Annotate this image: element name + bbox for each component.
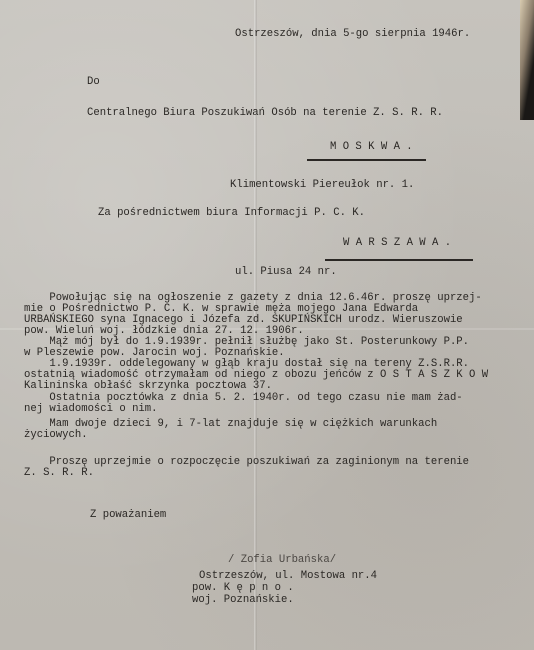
- sender-address-line-3: woj. Poznańskie.: [192, 595, 294, 607]
- via-street: ul. Piusa 24 nr.: [235, 267, 337, 279]
- body-line: życiowych.: [24, 430, 88, 442]
- salutation: Z poważaniem: [90, 510, 166, 522]
- via-institution: Za pośrednictwem biura Informacji P. C. …: [98, 208, 365, 220]
- body-line: nej wiadomości o nim.: [24, 404, 158, 416]
- request-line: Z. S. R. R.: [24, 468, 94, 480]
- sender-address-line-2: pow. K ę p n o .: [192, 583, 294, 595]
- via-city: W A R S Z A W A .: [343, 238, 451, 250]
- addressee-to: Do: [87, 77, 100, 89]
- addressee-institution: Centralnego Biura Poszukiwań Osób na ter…: [87, 108, 443, 120]
- addressee-street: Klimentowski Piereułok nr. 1.: [230, 180, 414, 192]
- addressee-city: M O S K W A .: [330, 142, 413, 154]
- body-line: Kalininska obłaść skrzynka pocztowa 37.: [24, 381, 272, 393]
- place-date: Ostrzeszów, dnia 5-go sierpnia 1946r.: [235, 29, 470, 41]
- letter-page: Ostrzeszów, dnia 5-go sierpnia 1946r. Do…: [0, 0, 534, 650]
- signature: / Zofia Urbańska/: [228, 555, 336, 567]
- via-city-underline: [325, 259, 473, 261]
- city-underline: [307, 159, 426, 161]
- paper-torn-corner: [520, 0, 534, 120]
- sender-address-line-1: Ostrzeszów, ul. Mostowa nr.4: [199, 571, 377, 583]
